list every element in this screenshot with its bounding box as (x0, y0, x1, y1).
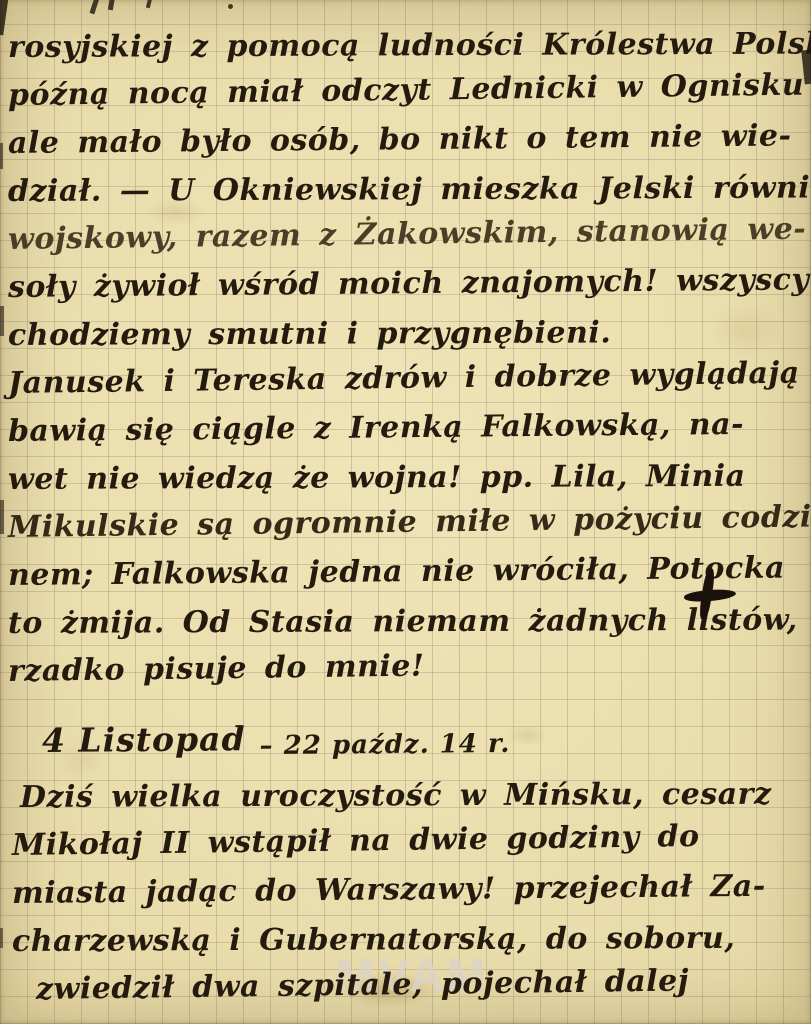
ink-dot-top-edge (228, 4, 233, 9)
scan-edge-mark (0, 928, 3, 948)
diary-text-block-2: Dziś wielka uroczystość w Mińsku, cesarz… (12, 774, 811, 1014)
date-secondary: – 22 paźdz. 14 r. (259, 729, 510, 761)
date-primary: 4 Listopad (42, 719, 246, 760)
ink-blot (684, 584, 742, 626)
ink-mark-top-edge (146, 0, 152, 8)
handwritten-line: ale mało było osób, bo nikt o tem nie wi… (8, 112, 811, 168)
handwritten-line: Mikołaj II wstąpił na dwie godziny do (12, 812, 811, 870)
handwritten-line: późną nocą miał odczyt Lednicki w Ognisk… (8, 61, 811, 120)
scan-edge-mark (0, 306, 4, 336)
ink-mark-top-edge (89, 0, 99, 14)
handwritten-line: Mikulskie są ogromnie miłe w pożyciu cod… (8, 493, 811, 552)
ink-mark-top-edge (108, 0, 115, 10)
handwritten-line: wojskowy, razem z Żakowskim, stanowią we… (8, 205, 811, 264)
scan-edge-mark (0, 500, 4, 534)
handwritten-line: soły żywioł wśród moich znajomych! wszys… (8, 256, 811, 312)
scan-edge-mark (0, 143, 3, 169)
handwritten-line: miasta jadąc do Warszawy! przejechał Za- (12, 862, 811, 918)
handwritten-line: Janusek i Tereska zdrów i dobrze wygląda… (8, 349, 811, 408)
handwritten-line: zwiedził dwa szpitale, pojechał dalej (36, 956, 811, 1014)
date-heading: 4 Listopad– 22 paźdz. 14 r. (42, 712, 511, 766)
diary-page-scan: MVAM rosyjskiej z pomocą ludności Króles… (0, 0, 811, 1024)
handwritten-line: rzadko pisuje do mnie! (8, 637, 811, 696)
handwritten-line: bawią się ciągle z Irenką Falkowską, na- (8, 400, 811, 456)
